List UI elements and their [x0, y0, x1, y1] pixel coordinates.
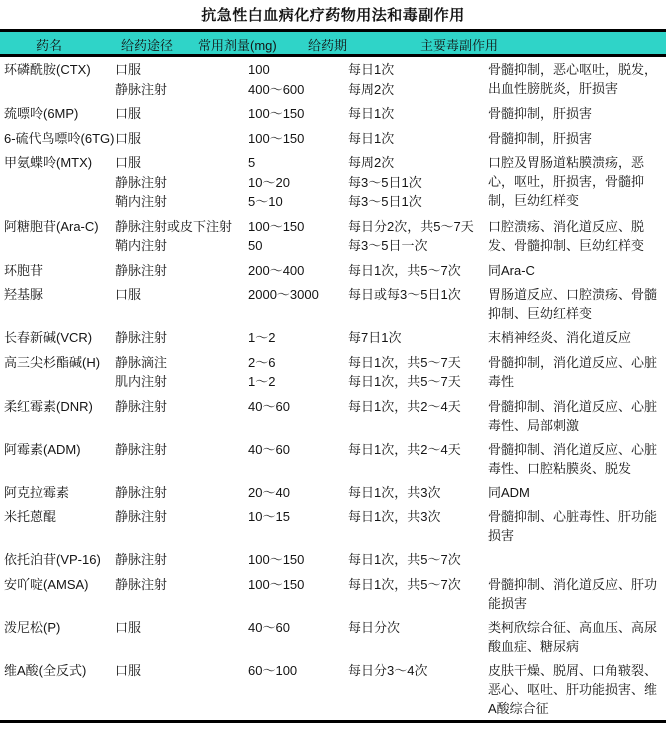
effects-cell: 同ADM: [484, 480, 666, 505]
period-line: 每7日1次: [348, 328, 482, 348]
effects-cell: [484, 547, 666, 572]
period-line: 每周2次: [348, 153, 482, 173]
dose-line: 1～2: [248, 372, 342, 392]
period-line: 每日或每3～5日1次: [348, 285, 482, 305]
period-line: 每日1次，共3次: [348, 483, 482, 503]
drug-name-cell: 依托泊苷(VP-16): [0, 547, 111, 572]
table-row: 阿克拉霉素静脉注射20～40每日1次，共3次同ADM: [0, 480, 666, 505]
route-cell: 静脉注射: [111, 504, 244, 547]
drug-name: 安吖啶(AMSA): [4, 575, 109, 595]
drug-name: 高三尖杉酯碱(H): [4, 353, 109, 373]
table-row: 长春新碱(VCR)静脉注射1～2每7日1次末梢神经炎、消化道反应: [0, 325, 666, 350]
drug-name-cell: 柔红霉素(DNR): [0, 394, 111, 437]
table-row: 6-硫代鸟嘌呤(6TG)口服100～150每日1次骨髓抑制，肝损害: [0, 126, 666, 151]
route-line: 鞘内注射: [115, 236, 242, 256]
drug-name-cell: 甲氨蝶呤(MTX): [0, 150, 111, 214]
period-cell: 每7日1次: [344, 325, 484, 350]
period-line: 每日分次: [348, 618, 482, 638]
dose-cell: 1～2: [244, 325, 344, 350]
effects-cell: 骨髓抑制，消化道反应、心脏毒性: [484, 350, 666, 394]
drug-name: 泼尼松(P): [4, 618, 109, 638]
dose-line: 10～15: [248, 507, 342, 527]
drug-name-cell: 环胞苷: [0, 258, 111, 283]
route-line: 静脉注射: [115, 507, 242, 527]
route-cell: 静脉注射: [111, 480, 244, 505]
effects-cell: 同Ara-C: [484, 258, 666, 283]
period-cell: 每日1次，共2～4天: [344, 394, 484, 437]
drug-name: 环磷酰胺(CTX): [4, 60, 109, 80]
period-cell: 每日1次，共3次: [344, 480, 484, 505]
period-line: 每日分3～4次: [348, 661, 482, 681]
drug-name: 羟基脲: [4, 285, 109, 305]
dose-line: 60～100: [248, 661, 342, 681]
dose-cell: 100～150: [244, 547, 344, 572]
dose-line: 100～150: [248, 217, 342, 237]
route-line: 肌内注射: [115, 372, 242, 392]
effects-cell: 皮肤干燥、脱屑、口角皲裂、恶心、呕吐、肝功能损害、维A酸综合征: [484, 658, 666, 720]
route-cell: 静脉注射: [111, 547, 244, 572]
effects-cell: 口腔及胃肠道粘膜溃疡，恶心，呕吐，肝损害，骨髓抑制，巨幼红样变: [484, 150, 666, 214]
period-line: 每日1次，共5～7天: [348, 372, 482, 392]
route-line: 静脉注射: [115, 550, 242, 570]
route-line: 口服: [115, 661, 242, 681]
route-cell: 口服: [111, 101, 244, 126]
dose-cell: 100～150: [244, 101, 344, 126]
drug-name-cell: 安吖啶(AMSA): [0, 572, 111, 615]
route-line: 静脉注射: [115, 575, 242, 595]
dose-line: 100: [248, 60, 342, 80]
table-row: 羟基脲口服2000～3000每日或每3～5日1次胃肠道反应、口腔溃疡、骨髓抑制、…: [0, 282, 666, 325]
drug-name: 长春新碱(VCR): [4, 328, 109, 348]
route-line: 口服: [115, 60, 242, 80]
drug-name-cell: 长春新碱(VCR): [0, 325, 111, 350]
header-period: 给药期: [308, 35, 347, 54]
effects-cell: 骨髓抑制、消化道反应、心脏毒性、局部刺激: [484, 394, 666, 437]
table-row: 依托泊苷(VP-16)静脉注射100～150每日1次，共5～7次: [0, 547, 666, 572]
table-row: 环胞苷静脉注射200～400每日1次，共5～7次同Ara-C: [0, 258, 666, 283]
route-line: 口服: [115, 618, 242, 638]
dose-line: 100～150: [248, 550, 342, 570]
period-line: 每日1次，共5～7次: [348, 261, 482, 281]
period-line: 每日1次，共5～7次: [348, 550, 482, 570]
dose-cell: 20～40: [244, 480, 344, 505]
dose-cell: 100～150: [244, 572, 344, 615]
dose-cell: 200～400: [244, 258, 344, 283]
table-row: 高三尖杉酯碱(H)静脉滴注肌内注射2～61～2每日1次，共5～7天每日1次，共5…: [0, 350, 666, 394]
route-cell: 口服: [111, 126, 244, 151]
drug-name: 环胞苷: [4, 261, 109, 281]
drug-name: 巯嘌呤(6MP): [4, 104, 109, 124]
period-line: 每日1次，共2～4天: [348, 397, 482, 417]
dose-line: 5: [248, 153, 342, 173]
dose-line: 100～150: [248, 575, 342, 595]
drug-name-cell: 阿糖胞苷(Ara-C): [0, 214, 111, 258]
drug-name: 维A酸(全反式): [4, 661, 109, 681]
dose-line: 10～20: [248, 173, 342, 193]
route-line: 口服: [115, 129, 242, 149]
table-row: 柔红霉素(DNR)静脉注射40～60每日1次，共2～4天骨髓抑制、消化道反应、心…: [0, 394, 666, 437]
dose-line: 2000～3000: [248, 285, 342, 305]
table-row: 维A酸(全反式)口服60～100每日分3～4次皮肤干燥、脱屑、口角皲裂、恶心、呕…: [0, 658, 666, 720]
period-line: 每日1次: [348, 129, 482, 149]
effects-cell: 骨髓抑制，肝损害: [484, 101, 666, 126]
period-cell: 每日1次，共2～4天: [344, 437, 484, 480]
period-cell: 每日分3～4次: [344, 658, 484, 720]
page-title: 抗急性白血病化疗药物用法和毒副作用: [0, 0, 666, 29]
period-line: 每3～5日1次: [348, 173, 482, 193]
route-line: 口服: [115, 104, 242, 124]
drug-table-body: 环磷酰胺(CTX)口服静脉注射100400～600每日1次每周2次骨髓抑制，恶心…: [0, 57, 666, 720]
drug-name-cell: 米托蒽醌: [0, 504, 111, 547]
dose-cell: 510～205～10: [244, 150, 344, 214]
route-line: 静脉注射: [115, 483, 242, 503]
route-cell: 静脉注射: [111, 572, 244, 615]
dose-line: 100～150: [248, 129, 342, 149]
effects-cell: 末梢神经炎、消化道反应: [484, 325, 666, 350]
effects-cell: 口腔溃疡、消化道反应、脱发、骨髓抑制、巨幼红样变: [484, 214, 666, 258]
effects-cell: 类柯欣综合征、高血压、高尿酸血症、糖尿病: [484, 615, 666, 658]
effects-cell: 骨髓抑制，肝损害: [484, 126, 666, 151]
route-line: 静脉注射: [115, 440, 242, 460]
period-line: 每日1次，共2～4天: [348, 440, 482, 460]
table-row: 安吖啶(AMSA)静脉注射100～150每日1次，共5～7次骨髓抑制、消化道反应…: [0, 572, 666, 615]
period-line: 每日1次，共5～7次: [348, 575, 482, 595]
header-dosage: 常用剂量(mg): [198, 35, 277, 54]
drug-name: 依托泊苷(VP-16): [4, 550, 109, 570]
drug-name: 阿糖胞苷(Ara-C): [4, 217, 109, 237]
route-line: 静脉注射: [115, 397, 242, 417]
drug-name-cell: 阿霉素(ADM): [0, 437, 111, 480]
route-line: 静脉注射: [115, 261, 242, 281]
dose-line: 40～60: [248, 440, 342, 460]
period-cell: 每周2次每3～5日1次每3～5日1次: [344, 150, 484, 214]
route-cell: 口服: [111, 282, 244, 325]
drug-name-cell: 6-硫代鸟嘌呤(6TG): [0, 126, 111, 151]
dose-cell: 60～100: [244, 658, 344, 720]
drug-name-cell: 高三尖杉酯碱(H): [0, 350, 111, 394]
dose-line: 20～40: [248, 483, 342, 503]
period-cell: 每日1次每周2次: [344, 57, 484, 101]
table-row: 阿糖胞苷(Ara-C)静脉注射或皮下注射鞘内注射100～15050每日分2次，共…: [0, 214, 666, 258]
dose-cell: 100～15050: [244, 214, 344, 258]
period-line: 每日1次，共5～7天: [348, 353, 482, 373]
period-cell: 每日1次: [344, 101, 484, 126]
dose-cell: 2～61～2: [244, 350, 344, 394]
route-cell: 静脉注射: [111, 325, 244, 350]
route-line: 鞘内注射: [115, 192, 242, 212]
dose-line: 40～60: [248, 618, 342, 638]
route-line: 静脉注射: [115, 328, 242, 348]
table-row: 巯嘌呤(6MP)口服100～150每日1次骨髓抑制，肝损害: [0, 101, 666, 126]
period-cell: 每日1次: [344, 126, 484, 151]
effects-cell: 胃肠道反应、口腔溃疡、骨髓抑制、巨幼红样变: [484, 282, 666, 325]
period-line: 每3～5日一次: [348, 236, 482, 256]
route-cell: 口服静脉注射鞘内注射: [111, 150, 244, 214]
dose-cell: 2000～3000: [244, 282, 344, 325]
dose-cell: 10～15: [244, 504, 344, 547]
period-cell: 每日分2次，共5～7天每3～5日一次: [344, 214, 484, 258]
effects-cell: 骨髓抑制，恶心呕吐，脱发，出血性膀胱炎，肝损害: [484, 57, 666, 101]
dose-line: 40～60: [248, 397, 342, 417]
effects-cell: 骨髓抑制、消化道反应、肝功能损害: [484, 572, 666, 615]
period-line: 每3～5日1次: [348, 192, 482, 212]
route-cell: 口服静脉注射: [111, 57, 244, 101]
route-cell: 口服: [111, 658, 244, 720]
drug-name: 甲氨蝶呤(MTX): [4, 153, 109, 173]
route-line: 静脉注射: [115, 80, 242, 100]
dose-cell: 40～60: [244, 615, 344, 658]
dose-line: 2～6: [248, 353, 342, 373]
drug-name-cell: 阿克拉霉素: [0, 480, 111, 505]
dose-cell: 100400～600: [244, 57, 344, 101]
route-cell: 口服: [111, 615, 244, 658]
dose-line: 400～600: [248, 80, 342, 100]
route-line: 静脉注射: [115, 173, 242, 193]
header-drug-name: 药名: [36, 35, 62, 54]
dose-line: 5～10: [248, 192, 342, 212]
dose-line: 50: [248, 236, 342, 256]
period-cell: 每日1次，共3次: [344, 504, 484, 547]
drug-name-cell: 维A酸(全反式): [0, 658, 111, 720]
dose-line: 100～150: [248, 104, 342, 124]
header-side-effects: 主要毒副作用: [420, 35, 498, 54]
dose-cell: 40～60: [244, 394, 344, 437]
drug-name: 米托蒽醌: [4, 507, 109, 527]
drug-table: 环磷酰胺(CTX)口服静脉注射100400～600每日1次每周2次骨髓抑制，恶心…: [0, 57, 666, 720]
period-cell: 每日1次，共5～7次: [344, 258, 484, 283]
period-line: 每日分2次，共5～7天: [348, 217, 482, 237]
route-line: 静脉滴注: [115, 353, 242, 373]
drug-name: 阿克拉霉素: [4, 483, 109, 503]
route-cell: 静脉滴注肌内注射: [111, 350, 244, 394]
period-cell: 每日分次: [344, 615, 484, 658]
dose-line: 200～400: [248, 261, 342, 281]
route-cell: 静脉注射: [111, 258, 244, 283]
drug-name-cell: 巯嘌呤(6MP): [0, 101, 111, 126]
table-header-row: 药名 给药途径 常用剂量(mg) 给药期 主要毒副作用: [0, 29, 666, 57]
route-cell: 静脉注射或皮下注射鞘内注射: [111, 214, 244, 258]
drug-name: 阿霉素(ADM): [4, 440, 109, 460]
period-line: 每日1次: [348, 104, 482, 124]
drug-name: 柔红霉素(DNR): [4, 397, 109, 417]
drug-name: 6-硫代鸟嘌呤(6TG): [4, 129, 109, 149]
route-line: 口服: [115, 153, 242, 173]
period-line: 每日1次，共3次: [348, 507, 482, 527]
route-line: 口服: [115, 285, 242, 305]
period-cell: 每日1次，共5～7次: [344, 572, 484, 615]
effects-cell: 骨髓抑制、心脏毒性、肝功能损害: [484, 504, 666, 547]
period-cell: 每日1次，共5～7天每日1次，共5～7天: [344, 350, 484, 394]
dose-cell: 40～60: [244, 437, 344, 480]
dose-line: 1～2: [248, 328, 342, 348]
table-row: 泼尼松(P)口服40～60每日分次类柯欣综合征、高血压、高尿酸血症、糖尿病: [0, 615, 666, 658]
table-row: 环磷酰胺(CTX)口服静脉注射100400～600每日1次每周2次骨髓抑制，恶心…: [0, 57, 666, 101]
period-line: 每日1次: [348, 60, 482, 80]
route-cell: 静脉注射: [111, 437, 244, 480]
effects-cell: 骨髓抑制、消化道反应、心脏毒性、口腔粘膜炎、脱发: [484, 437, 666, 480]
dose-cell: 100～150: [244, 126, 344, 151]
table-row: 阿霉素(ADM)静脉注射40～60每日1次，共2～4天骨髓抑制、消化道反应、心脏…: [0, 437, 666, 480]
period-cell: 每日1次，共5～7次: [344, 547, 484, 572]
route-cell: 静脉注射: [111, 394, 244, 437]
drug-name-cell: 羟基脲: [0, 282, 111, 325]
page: 抗急性白血病化疗药物用法和毒副作用 药名 给药途径 常用剂量(mg) 给药期 主…: [0, 0, 666, 729]
route-line: 静脉注射或皮下注射: [115, 217, 242, 237]
period-line: 每周2次: [348, 80, 482, 100]
table-row: 米托蒽醌静脉注射10～15每日1次，共3次骨髓抑制、心脏毒性、肝功能损害: [0, 504, 666, 547]
drug-name-cell: 环磷酰胺(CTX): [0, 57, 111, 101]
drug-name-cell: 泼尼松(P): [0, 615, 111, 658]
table-bottom-border: [0, 720, 666, 729]
period-cell: 每日或每3～5日1次: [344, 282, 484, 325]
table-row: 甲氨蝶呤(MTX)口服静脉注射鞘内注射510～205～10每周2次每3～5日1次…: [0, 150, 666, 214]
header-route: 给药途径: [121, 35, 173, 54]
